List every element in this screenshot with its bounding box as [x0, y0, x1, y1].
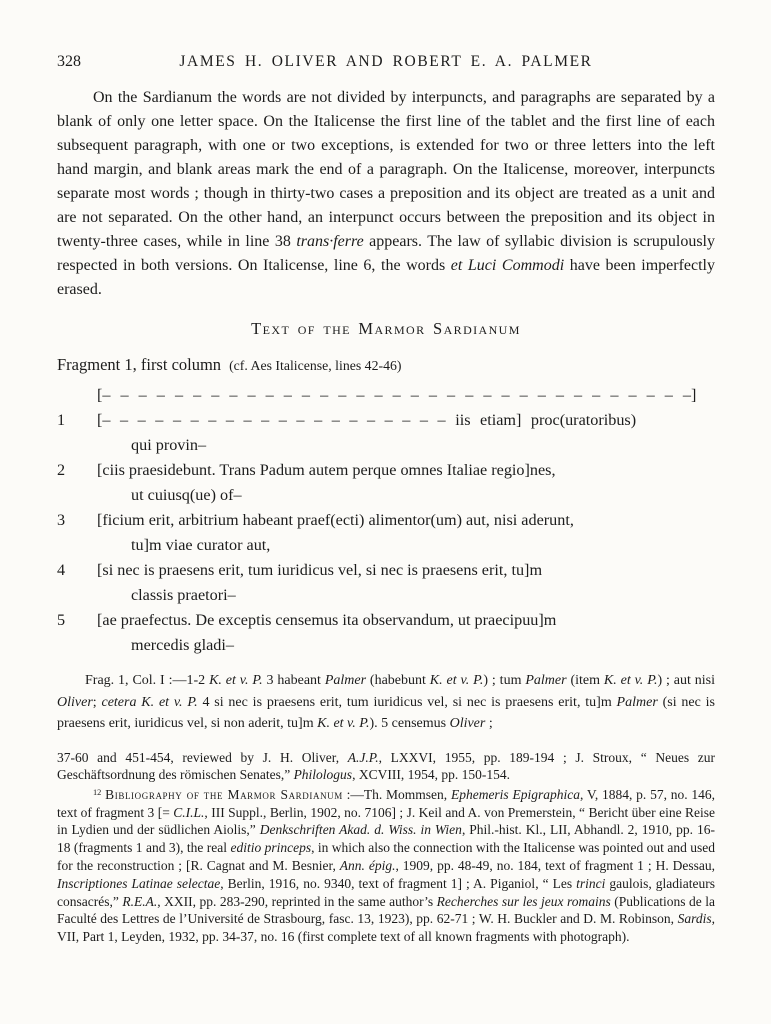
- fragment-line-number: 2: [57, 458, 97, 508]
- page-number: 328: [57, 53, 81, 71]
- fragment-line-number: 5: [57, 608, 97, 658]
- fragment-line: [– – – – – – – – – – – – – – – – – – – –…: [57, 383, 715, 408]
- fragment-line: 5 [ae praefectus. De exceptis censemus i…: [57, 608, 715, 658]
- fragment-line: 4 [si nec is praesens erit, tum iuridicu…: [57, 558, 715, 608]
- fragment-line-number: 1: [57, 408, 97, 458]
- apparatus-criticus: Frag. 1, Col. I :—1-2 K. et v. P. 3 habe…: [57, 670, 715, 735]
- document-page: { "page": { "number": "328", "running_he…: [0, 0, 771, 1024]
- fragment-line-continuation: qui provin–: [97, 433, 715, 458]
- fragment-line-text: [ae praefectus. De exceptis censemus ita…: [97, 608, 715, 633]
- fragment-line-continuation: tu]m viae curator aut,: [97, 533, 715, 558]
- intro-paragraph: On the Sardianum the words are not divid…: [57, 86, 715, 302]
- fragment-line: 2 [ciis praesidebunt. Trans Padum autem …: [57, 458, 715, 508]
- fragment-line: 1 [– – – – – – – – – – – – – – – – – – –…: [57, 408, 715, 458]
- fragment-line: 3 [ficium erit, arbitrium habeant praef(…: [57, 508, 715, 558]
- page-header: 328 JAMES H. OLIVER AND ROBERT E. A. PAL…: [57, 52, 715, 72]
- footnotes-block: 37-60 and 451-454, reviewed by J. H. Oli…: [57, 749, 715, 947]
- fragment-text-block: [– – – – – – – – – – – – – – – – – – – –…: [57, 383, 715, 658]
- fragment-line-text: [– – – – – – – – – – – – – – – – – – – –…: [97, 383, 715, 408]
- footnote-continuation: 37-60 and 451-454, reviewed by J. H. Oli…: [57, 749, 715, 785]
- running-head: JAMES H. OLIVER AND ROBERT E. A. PALMER: [57, 52, 715, 71]
- fragment-title: Fragment 1, first column: [57, 355, 221, 374]
- fragment-line-number: 4: [57, 558, 97, 608]
- fragment-line-continuation: ut cuiusq(ue) of–: [97, 483, 715, 508]
- fragment-line-text: [– – – – – – – – – – – – – – – – – – – –…: [97, 408, 715, 433]
- footnote-12: 12 Bibliography of the Marmor Sardianum …: [57, 784, 715, 946]
- fragment-line-text: [ciis praesidebunt. Trans Padum autem pe…: [97, 458, 715, 483]
- fragment-line-continuation: mercedis gladi–: [97, 633, 715, 658]
- fragment-title-row: Fragment 1, first column (cf. Aes Italic…: [57, 354, 715, 377]
- fragment-line-number: 3: [57, 508, 97, 558]
- section-heading: Text of the Marmor Sardianum: [57, 318, 715, 340]
- fragment-line-number: [57, 383, 97, 408]
- fragment-line-continuation: classis praetori–: [97, 583, 715, 608]
- page-body: 328 JAMES H. OLIVER AND ROBERT E. A. PAL…: [0, 0, 771, 1024]
- fragment-line-text: [si nec is praesens erit, tum iuridicus …: [97, 558, 715, 583]
- fragment-line-text: [ficium erit, arbitrium habeant praef(ec…: [97, 508, 715, 533]
- fragment-title-note: (cf. Aes Italicense, lines 42-46): [229, 358, 401, 373]
